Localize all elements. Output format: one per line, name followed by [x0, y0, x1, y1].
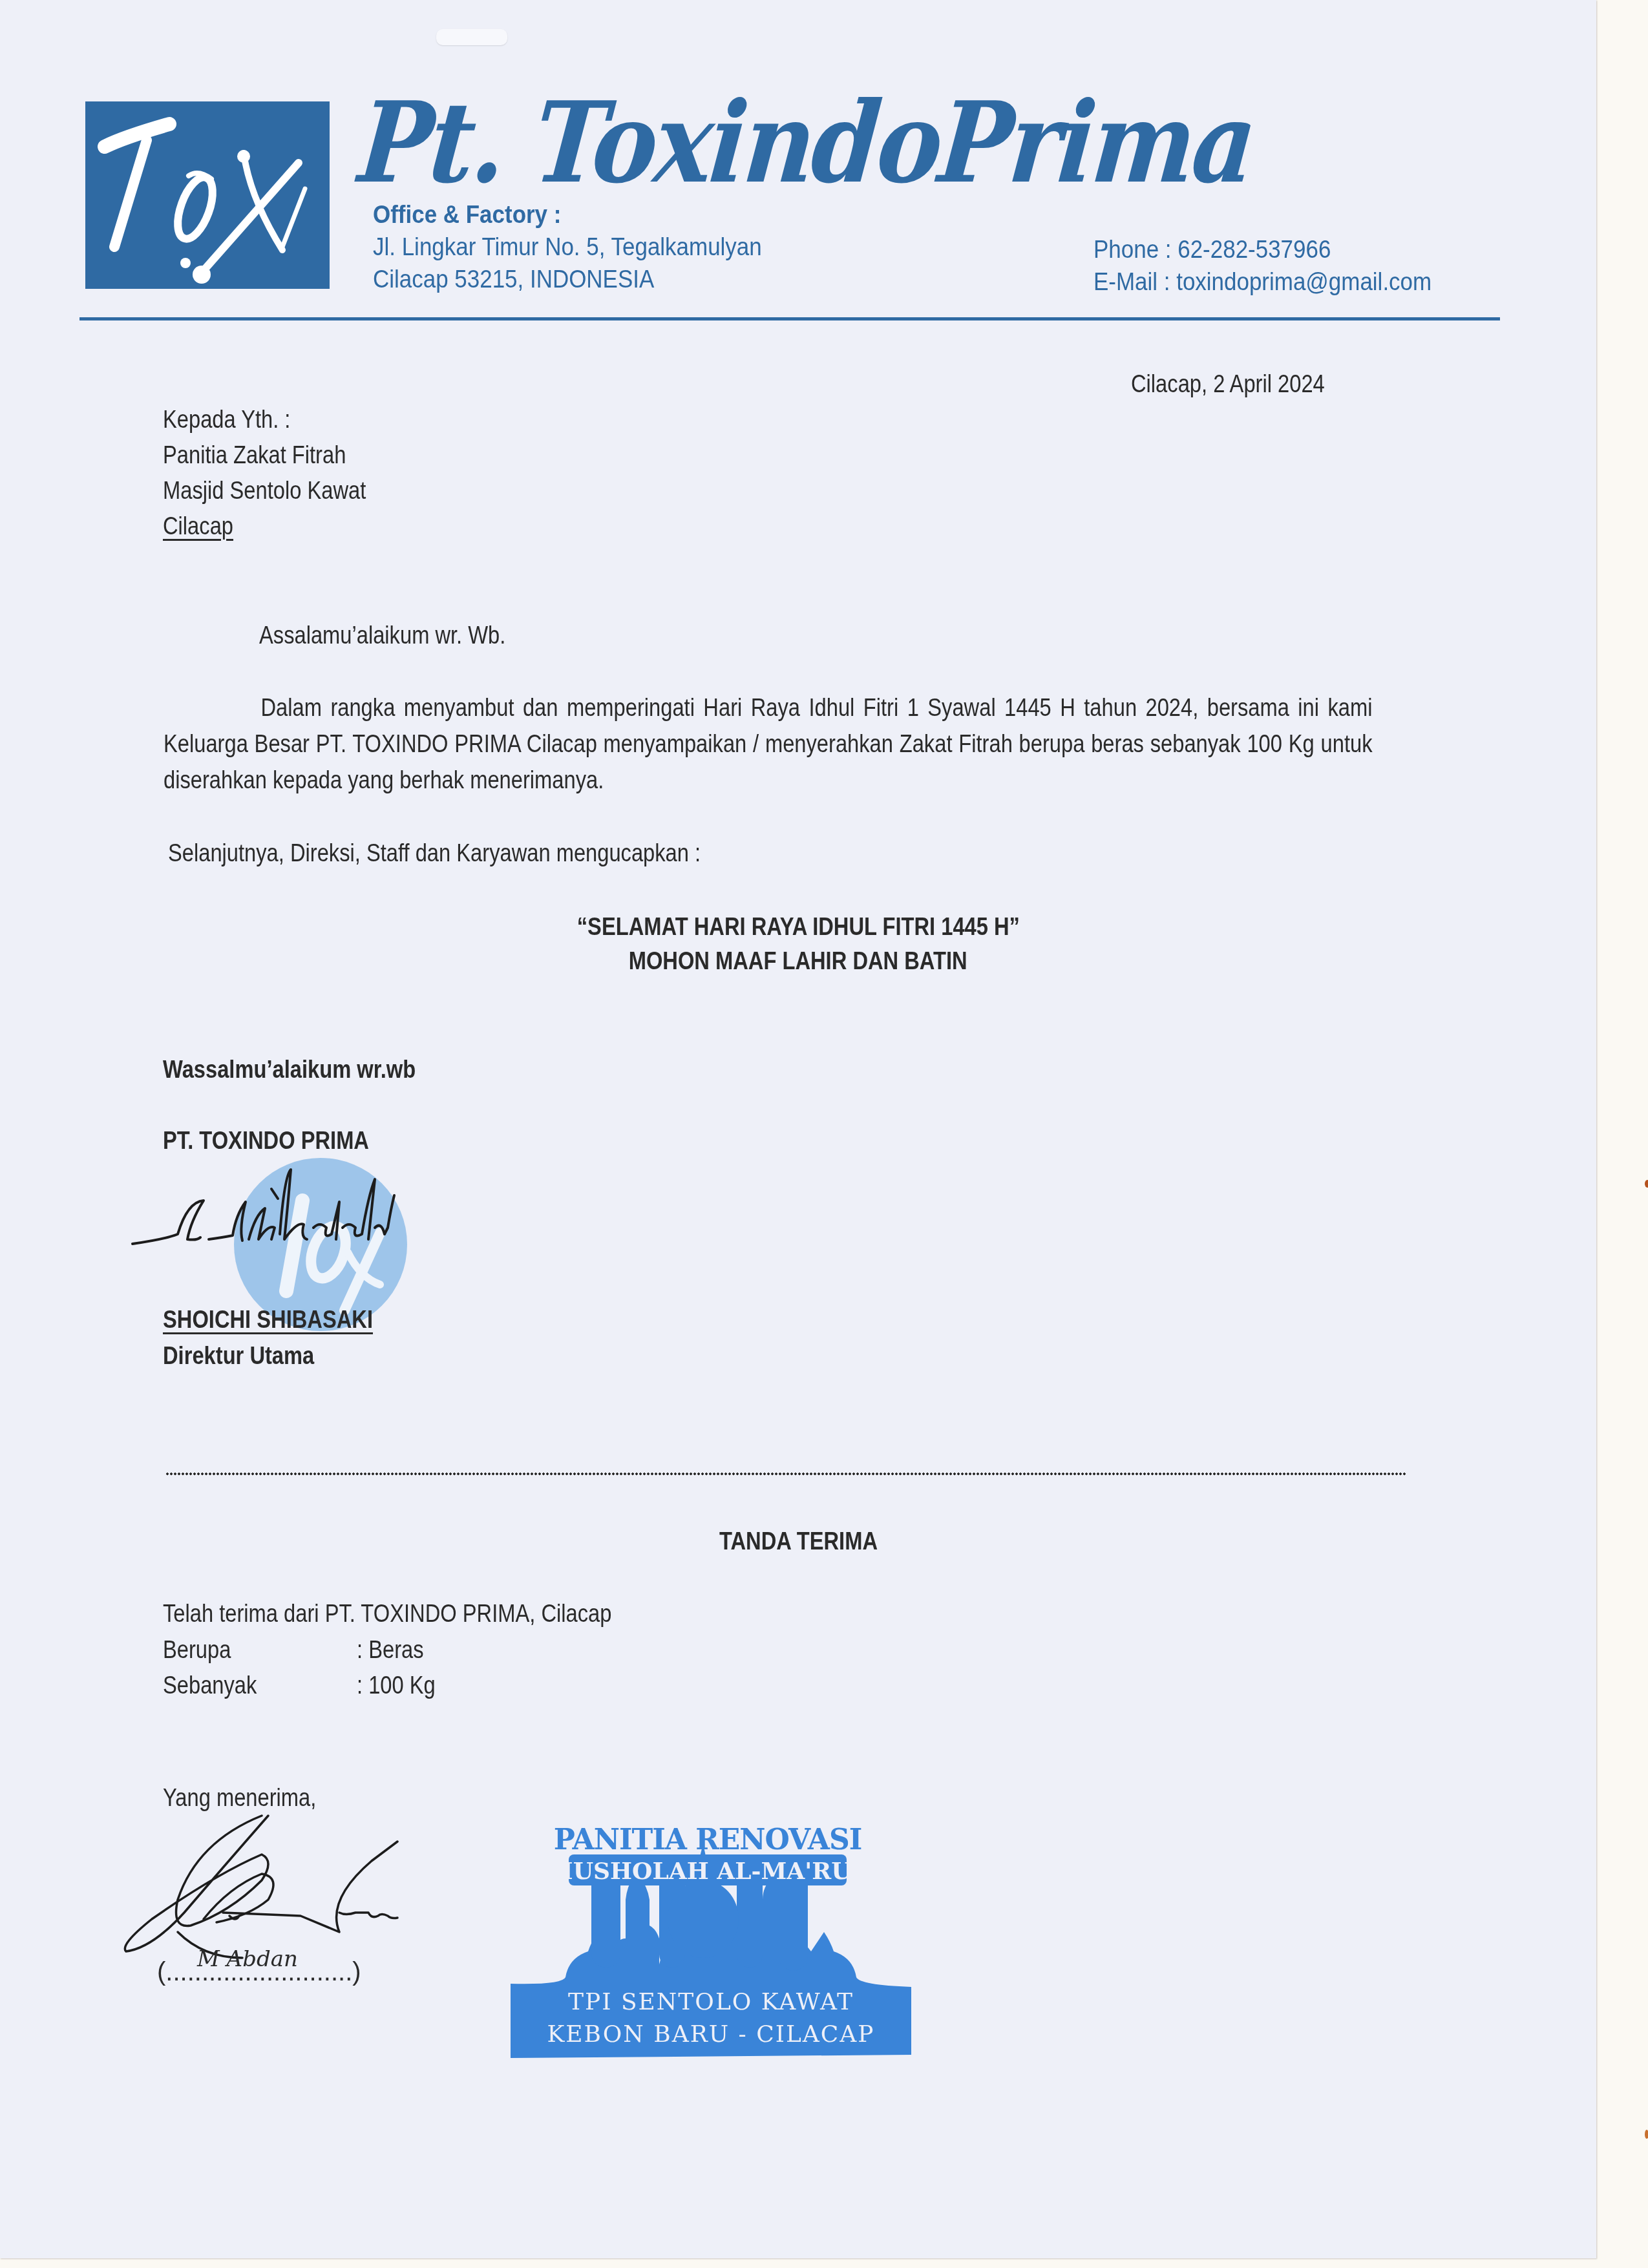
- receipt-row-value: : 100 Kg: [357, 1668, 436, 1704]
- signatory-name: SHOICHI SHIBASAKI: [163, 1302, 373, 1338]
- tox-logo-icon: [85, 101, 330, 289]
- body-paragraph: Dalam rangka menyambut dan memperingati …: [164, 690, 1373, 799]
- signature-icon: [113, 1803, 423, 1971]
- phone-number: Phone : 62-282-537966: [1093, 234, 1331, 266]
- receipt-row-label: Berupa: [163, 1632, 231, 1668]
- mosque-stamp-icon: PANITIA RENOVASI MUSHOLAH AL-MA'RUF TPI …: [498, 1816, 924, 2061]
- wish-line-2-text: MOHON MAAF LAHIR DAN BATIN: [629, 943, 967, 980]
- stamp-line-4: KEBON BARU - CILACAP: [547, 2021, 874, 2048]
- recipient-line-2: Panitia Zakat Fitrah: [163, 437, 346, 474]
- company-sign-name: PT. TOXINDO PRIMA: [163, 1123, 369, 1159]
- office-label: Office & Factory :: [373, 199, 561, 231]
- company-name: Pt. ToxindoPrima: [355, 87, 1258, 199]
- wish-line-1: “SELAMAT HARI RAYA IDHUL FITRI 1445 H”: [0, 909, 1596, 945]
- address-line-1: Jl. Lingkar Timur No. 5, Tegalkamulyan: [373, 231, 762, 264]
- letterhead-divider: [79, 317, 1500, 320]
- receipt-title-text: TANDA TERIMA: [719, 1524, 877, 1560]
- company-logo: [85, 101, 330, 289]
- receipt-row-value: : Beras: [357, 1632, 424, 1668]
- stamp-line-2: MUSHOLAH AL-MA'RUF: [547, 1858, 869, 1885]
- greeting: Assalamu’alaikum wr. Wb.: [259, 618, 505, 654]
- receipt-row-label: Sebanyak: [163, 1668, 257, 1704]
- receipt-title: TANDA TERIMA: [0, 1524, 1596, 1560]
- orange-speck: [1645, 1180, 1648, 1188]
- mosque-committee-stamp: PANITIA RENOVASI MUSHOLAH AL-MA'RUF TPI …: [498, 1816, 924, 2061]
- closing-salutation: Wassalmu’alaikum wr.wb: [163, 1052, 416, 1088]
- received-from: Telah terima dari PT. TOXINDO PRIMA, Cil…: [163, 1596, 611, 1632]
- recipient-line-1: Kepada Yth. :: [163, 402, 290, 438]
- place-date: Cilacap, 2 April 2024: [1131, 366, 1325, 403]
- signature-icon: [126, 1163, 410, 1286]
- stamp-line-1: PANITIA RENOVASI: [554, 1823, 862, 1856]
- letter-page: Pt. ToxindoPrima Office & Factory : Jl. …: [0, 0, 1596, 2258]
- email-address: E-Mail : toxindoprima@gmail.com: [1093, 266, 1431, 299]
- receiver-name-handwritten: M Abdan: [197, 1946, 298, 1972]
- recipient-line-3: Masjid Sentolo Kawat: [163, 473, 366, 509]
- signatory-title: Direktur Utama: [163, 1338, 314, 1374]
- intro-wishes: Selanjutnya, Direksi, Staff dan Karyawan…: [168, 835, 701, 872]
- address-line-2: Cilacap 53215, INDONESIA: [373, 264, 654, 296]
- wish-line-1-text: “SELAMAT HARI RAYA IDHUL FITRI 1445 H”: [576, 909, 1019, 945]
- director-signature: [126, 1163, 410, 1286]
- receiver-signature: [113, 1803, 423, 1971]
- staple-mark: [436, 29, 507, 45]
- orange-speck: [1645, 2130, 1648, 2139]
- stamp-line-3: TPI SENTOLO KAWAT: [568, 1989, 854, 2015]
- dotted-separator: [165, 1472, 1406, 1476]
- wish-line-2: MOHON MAAF LAHIR DAN BATIN: [0, 943, 1596, 980]
- recipient-line-4: Cilacap: [163, 509, 233, 545]
